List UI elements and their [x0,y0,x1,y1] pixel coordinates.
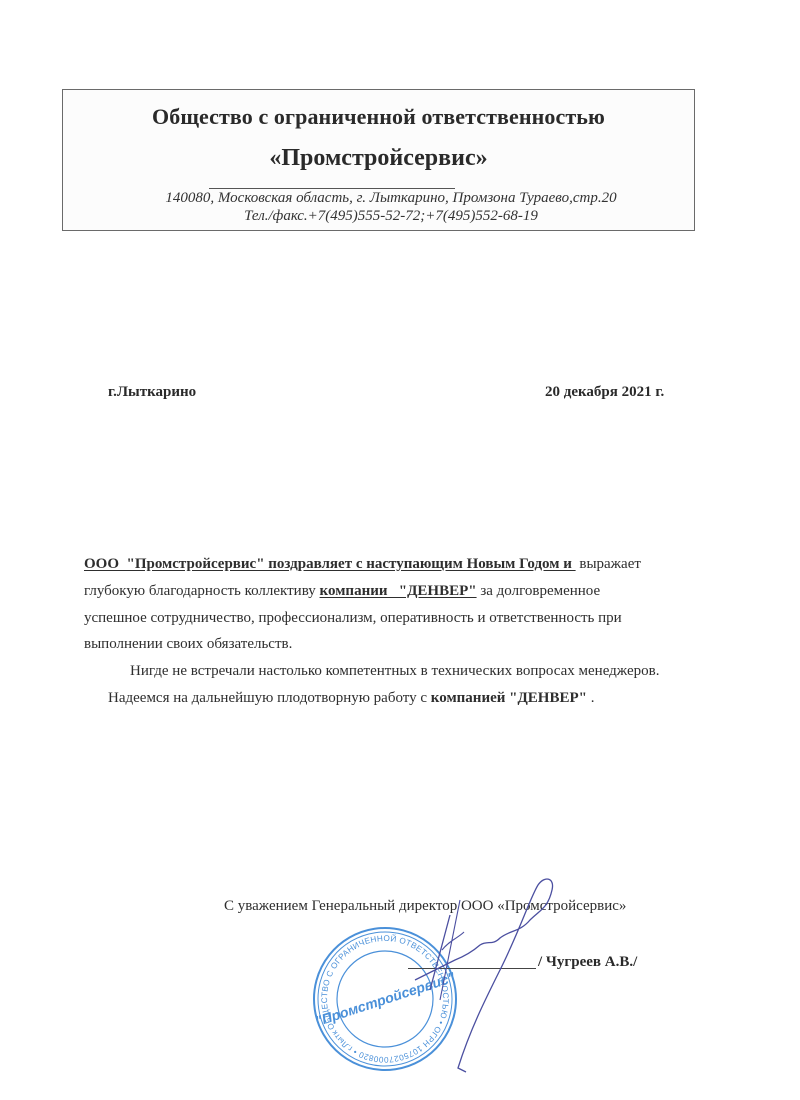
letter-date: 20 декабря 2021 г. [545,384,664,401]
letterhead-company-name: «Промстройсервис» [63,145,694,172]
letter-city: г.Лыткарино [108,384,196,401]
body-line-6: Надеемся на дальнейшую плодотворную рабо… [108,690,594,707]
client-company-ref: компанией "ДЕНВЕР" [431,690,587,706]
body-line-3: успешное сотрудничество, профессионализм… [84,610,622,627]
gratitude-end: за долговременное [477,583,601,599]
hope-start: Надеемся на дальнейшую плодотворную рабо… [108,690,431,706]
client-company-name: компании "ДЕНВЕР" [320,583,477,599]
body-line-4: выполнении своих обязательств. [84,636,292,653]
letterhead-address: 140080, Московская область, г. Лыткарино… [151,190,631,207]
hope-end: . [587,690,595,706]
greeting-rest: выражает [576,556,641,572]
body-line-1: ООО "Промстройсервис" поздравляет с наст… [84,556,641,573]
gratitude-start: глубокую благодарность коллективу [84,583,320,599]
letterhead-divider [209,188,455,189]
handwritten-signature-icon [380,860,620,1080]
letterhead: Общество с ограниченной ответственностью… [62,89,695,231]
greeting-bold: ООО "Промстройсервис" поздравляет с наст… [84,556,576,572]
body-line-2: глубокую благодарность коллективу компан… [84,583,600,600]
body-line-5: Нигде не встречали настолько компетентны… [130,663,659,680]
letterhead-phone: Тел./факс.+7(495)555-52-72;+7(495)552-68… [151,208,631,225]
letterhead-title: Общество с ограниченной ответственностью [63,104,694,130]
